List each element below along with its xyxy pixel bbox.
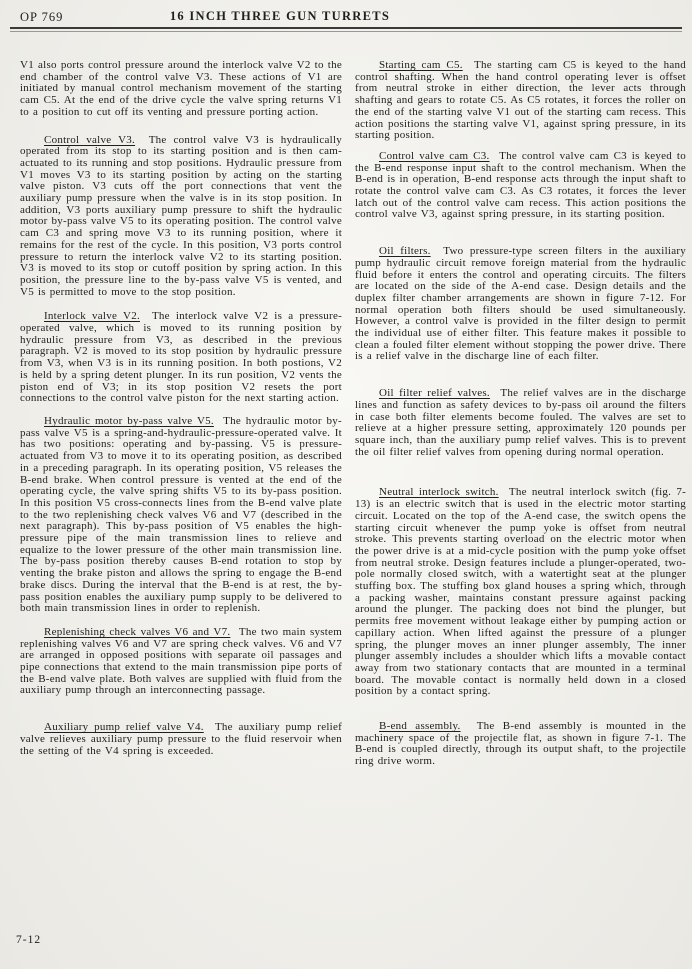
- paragraph-lead: Starting cam C5.: [379, 60, 463, 71]
- paragraph: Oil filters. Two pressure-type screen fi…: [355, 246, 686, 363]
- paragraph-text: The hydraulic motor by-pass valve V5 is …: [20, 415, 342, 614]
- paragraph-lead: Control valve cam C3.: [379, 150, 490, 162]
- paragraph-text: The interlock valve V2 is a pressure-ope…: [20, 310, 342, 404]
- paragraph-text: The control valve V3 is hydraulically op…: [20, 134, 342, 298]
- paragraph-lead: B-end assembly.: [379, 720, 461, 732]
- paragraph-lead: Auxiliary pump relief valve V4.: [44, 721, 204, 733]
- right-column: Starting cam C5. The starting cam C5 is …: [355, 60, 686, 940]
- paragraph: V1 also ports control pressure around th…: [20, 60, 342, 119]
- paragraph: Starting cam C5. The starting cam C5 is …: [355, 60, 686, 142]
- paragraph: Control valve V3. The control valve V3 i…: [20, 135, 342, 299]
- paragraph-lead: Interlock valve V2.: [44, 310, 140, 322]
- paragraph-lead: Oil filter relief valves.: [379, 387, 490, 399]
- paragraph-text: Two pressure-type screen filters in the …: [355, 245, 686, 362]
- page-number: 7-12: [16, 934, 41, 946]
- paragraph-text: V1 also ports control pressure around th…: [20, 60, 342, 118]
- paragraph: Oil filter relief valves. The relief val…: [355, 388, 686, 458]
- header-rule-heavy: [10, 27, 682, 29]
- paragraph-lead: Neutral interlock switch.: [379, 486, 499, 498]
- paragraph: Hydraulic motor by-pass valve V5. The hy…: [20, 416, 342, 615]
- paragraph-text: The starting cam C5 is keyed to the hand…: [355, 60, 686, 141]
- manual-page: { "colors": { "paper": "#f5f4ef", "ink":…: [0, 0, 692, 969]
- page-title: 16 INCH THREE GUN TURRETS: [140, 9, 420, 24]
- paragraph: Replenishing check valves V6 and V7. The…: [20, 627, 342, 697]
- paragraph-lead: Oil filters.: [379, 245, 431, 257]
- paragraph: B-end assembly. The B-end assembly is mo…: [355, 721, 686, 768]
- paragraph-lead: Control valve V3.: [44, 134, 135, 146]
- left-column: V1 also ports control pressure around th…: [20, 60, 342, 940]
- paragraph-lead: Replenishing check valves V6 and V7.: [44, 626, 230, 638]
- paragraph: Auxiliary pump relief valve V4. The auxi…: [20, 722, 342, 757]
- paragraph: Interlock valve V2. The interlock valve …: [20, 311, 342, 405]
- paragraph-lead: Hydraulic motor by-pass valve V5.: [44, 415, 214, 427]
- doc-number: OP 769: [20, 10, 63, 25]
- paragraph: Neutral interlock switch. The neutral in…: [355, 487, 686, 698]
- paragraph-text: The neutral interlock switch (fig. 7-13)…: [355, 486, 686, 697]
- paragraph: Control valve cam C3. The control valve …: [355, 151, 686, 221]
- header-rule-light: [10, 31, 682, 32]
